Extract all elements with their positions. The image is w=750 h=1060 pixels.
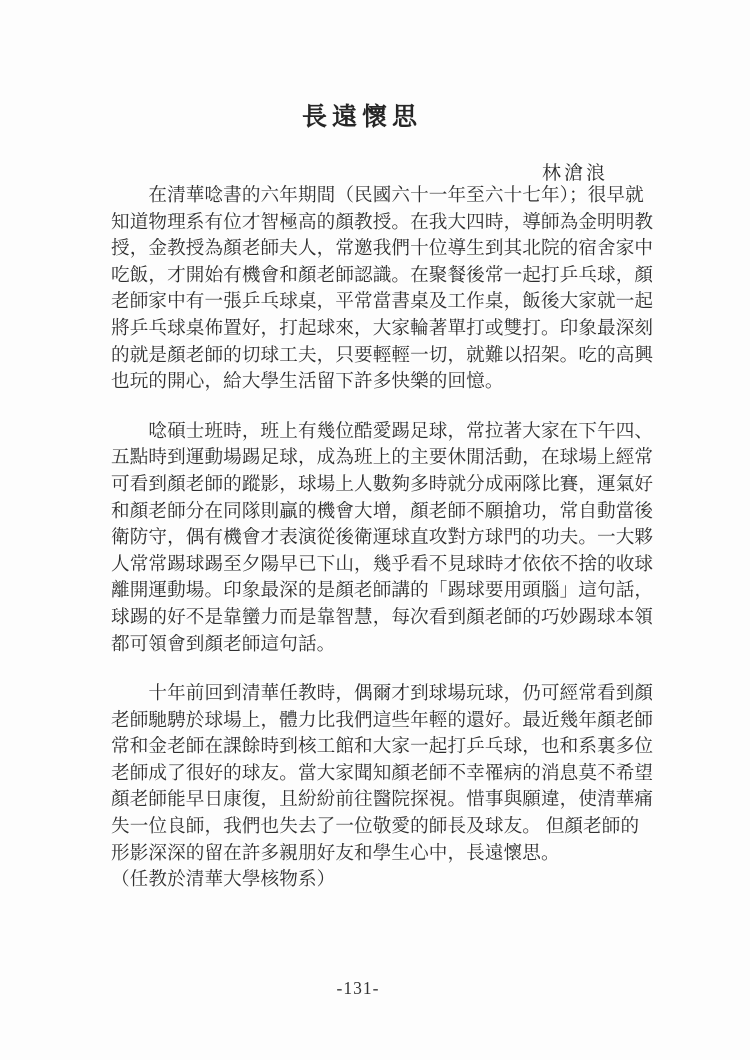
paragraph-3: 十年前回到清華任教時，偶爾才到球場玩球，仍可經常看到顏 老師馳騁於球場上，體力比…: [111, 681, 655, 867]
author-name: 林滄浪: [110, 158, 608, 185]
paragraph-2: 唸碩士班時，班上有幾位酷愛踢足球，常拉著大家在下午四、 五點時到運動場踢足球，成…: [111, 419, 655, 658]
page-number: -131-: [0, 978, 716, 999]
author-affiliation: （任教於清華大學核物系）: [111, 867, 655, 894]
page-title: 長遠懷思: [0, 97, 724, 133]
document-body: 在清華唸書的六年期間（民國六十一年至六十七年）；很早就 知道物理系有位才智極高的…: [111, 183, 655, 894]
document-page: 長遠懷思 林滄浪 在清華唸書的六年期間（民國六十一年至六十七年）；很早就 知道物…: [0, 0, 750, 1060]
paragraph-1: 在清華唸書的六年期間（民國六十一年至六十七年）；很早就 知道物理系有位才智極高的…: [111, 183, 655, 396]
